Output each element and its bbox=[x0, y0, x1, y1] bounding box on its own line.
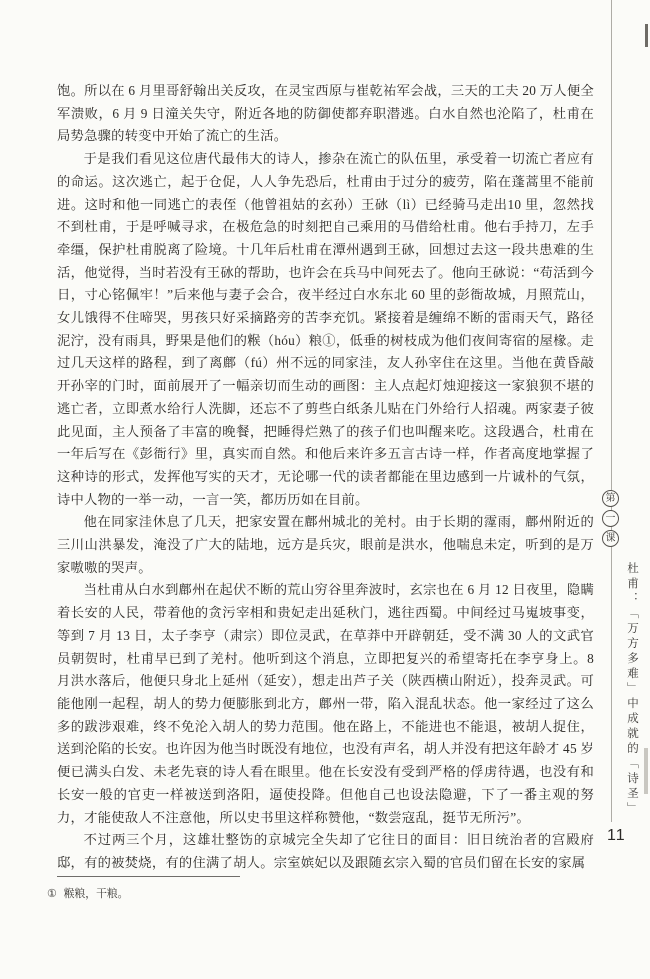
footnote-text: 糇粮，干粮。 bbox=[64, 888, 129, 900]
lesson-badge-char: 一 bbox=[602, 510, 619, 527]
footnote: ①糇粮，干粮。 bbox=[47, 886, 467, 902]
paragraph: 不过两三个月，这雄壮整饬的京城完全失却了它往日的面目：旧日统治者的宫殿府邸，有的… bbox=[57, 829, 594, 874]
footnote-marker: ① bbox=[47, 888, 57, 900]
paragraph: 当杜甫从白水到鄜州在起伏不断的荒山穷谷里奔波时，玄宗也在 6 月 12 日夜里，… bbox=[57, 579, 594, 829]
page-edge-artifact bbox=[645, 24, 648, 47]
sidebar-rule bbox=[611, 0, 612, 822]
paragraph: 他在同家洼休息了几天，把家安置在鄜州城北的羌村。由于长期的霪雨，鄜州附近的三川山… bbox=[57, 511, 594, 579]
lesson-badge: 第 一 课 bbox=[602, 490, 619, 550]
textbook-page: { "page": { "background_color": "#fbfbf8… bbox=[0, 0, 650, 979]
page-number: 11 bbox=[607, 827, 626, 845]
chapter-side-title: 杜甫：「万方多难」中成就的「诗圣」 bbox=[624, 562, 640, 812]
page-edge-artifact bbox=[644, 748, 648, 794]
paragraph: 于是我们看见这位唐代最伟大的诗人，掺杂在流亡的队伍里，承受着一切流亡者应有的命运… bbox=[57, 148, 594, 511]
lesson-badge-char: 课 bbox=[602, 530, 619, 547]
footnote-divider bbox=[57, 876, 240, 877]
body-text: 饱。所以在 6 月里哥舒翰出关反攻，在灵宝西原与崔乾祐军会战，三天的工夫 20 … bbox=[57, 80, 594, 875]
lesson-badge-char: 第 bbox=[602, 490, 619, 507]
paragraph-continuation: 饱。所以在 6 月里哥舒翰出关反攻，在灵宝西原与崔乾祐军会战，三天的工夫 20 … bbox=[57, 80, 594, 148]
